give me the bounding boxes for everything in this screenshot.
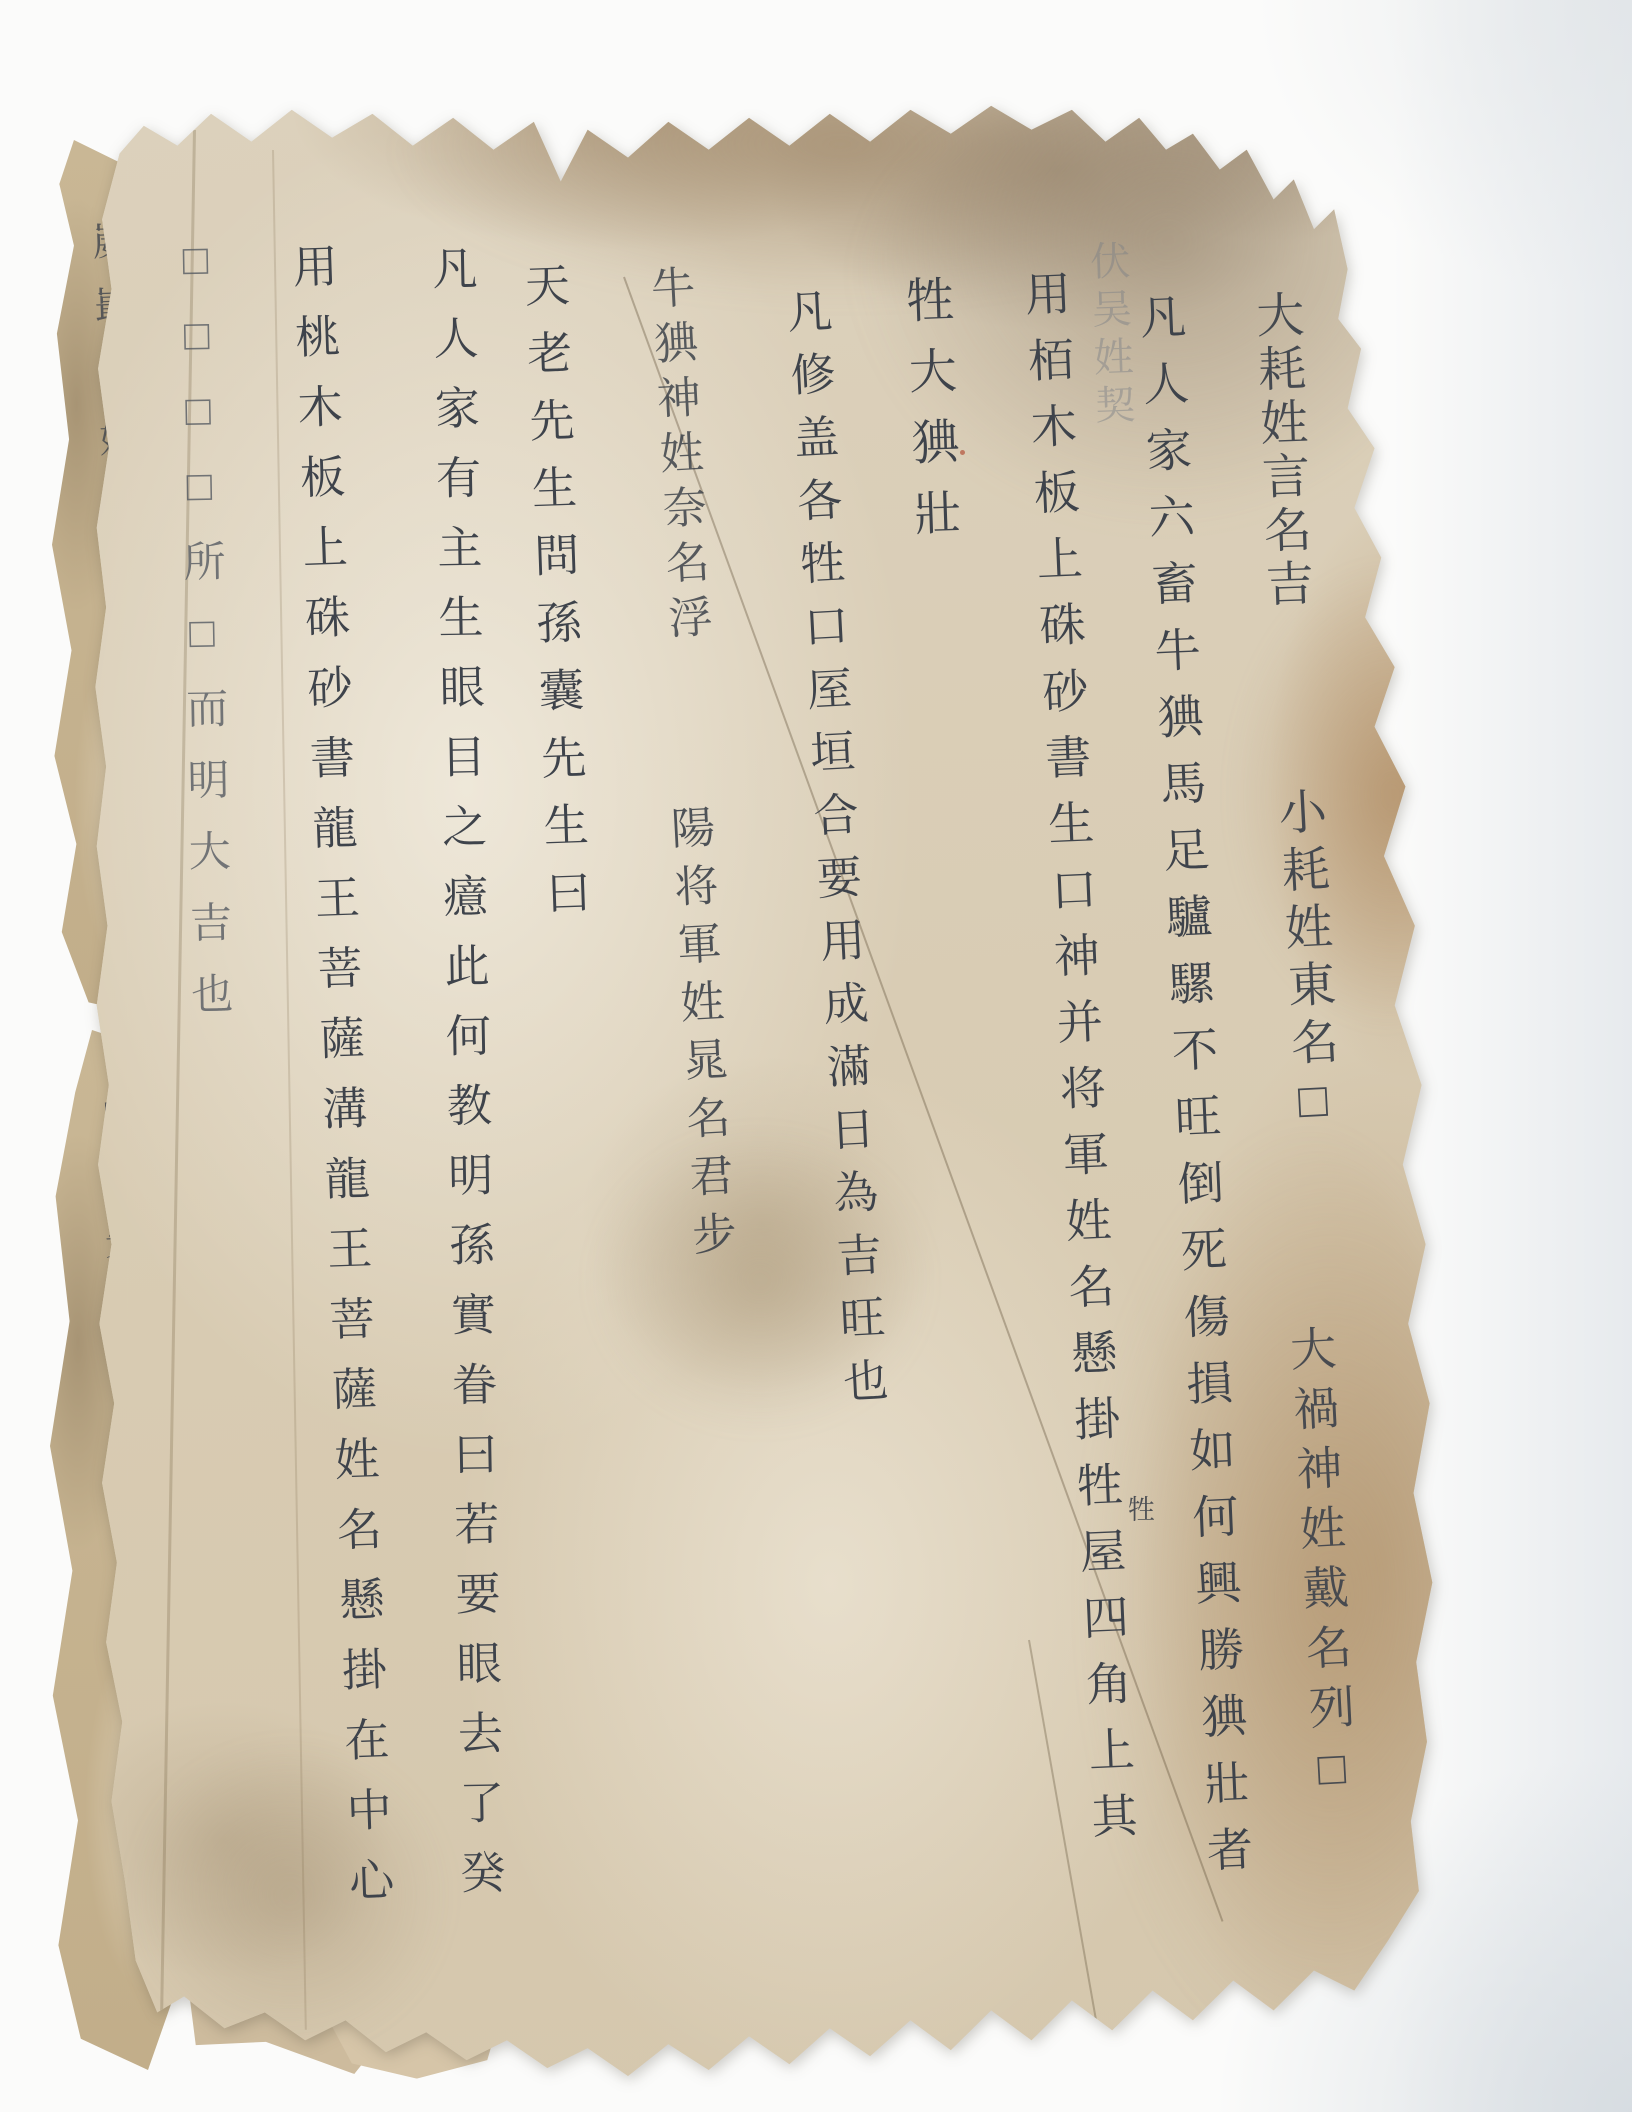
column-yanmu: 凡人家有主生眼目之癔此何教明孫實眷曰若要眼去了癸 bbox=[418, 244, 512, 1919]
manuscript-page-wrap: 伏吴姓契 大耗姓言名吉 小耗姓東名□ 大禍神姓戴名列□ 凡人家六畜牛猠馬足驢騾不… bbox=[0, 0, 1632, 2112]
manuscript-photo: 崴嶯□姓囊生日□ □曼先生□□教□至行□ 伏吴姓契 大耗姓言名吉 小耗姓東名□ bbox=[0, 0, 1632, 2112]
column-sheng-da: 牲大猠壯 bbox=[890, 274, 969, 560]
column-da-hao: 大耗姓言名吉 bbox=[1240, 289, 1320, 614]
column-taomu: 用桃木板上硃砂書龍王菩薩溝龍王菩薩姓名懸掛在中心 bbox=[278, 242, 402, 1928]
stain-bottom-left bbox=[130, 1740, 450, 2050]
column-left-partial: □□□□所□而明大吉也 bbox=[165, 237, 239, 1043]
column-tianlao: 天老先生問孫囊先生曰 bbox=[510, 261, 599, 938]
marginal-correction: 牲 bbox=[1120, 1495, 1159, 1522]
column-niu-shen: 牛猠神姓奈名浮 bbox=[635, 263, 719, 651]
manuscript-page: 伏吴姓契 大耗姓言名吉 小耗姓東名□ 大禍神姓戴名列□ 凡人家六畜牛猠馬足驢騾不… bbox=[90, 90, 1435, 2080]
